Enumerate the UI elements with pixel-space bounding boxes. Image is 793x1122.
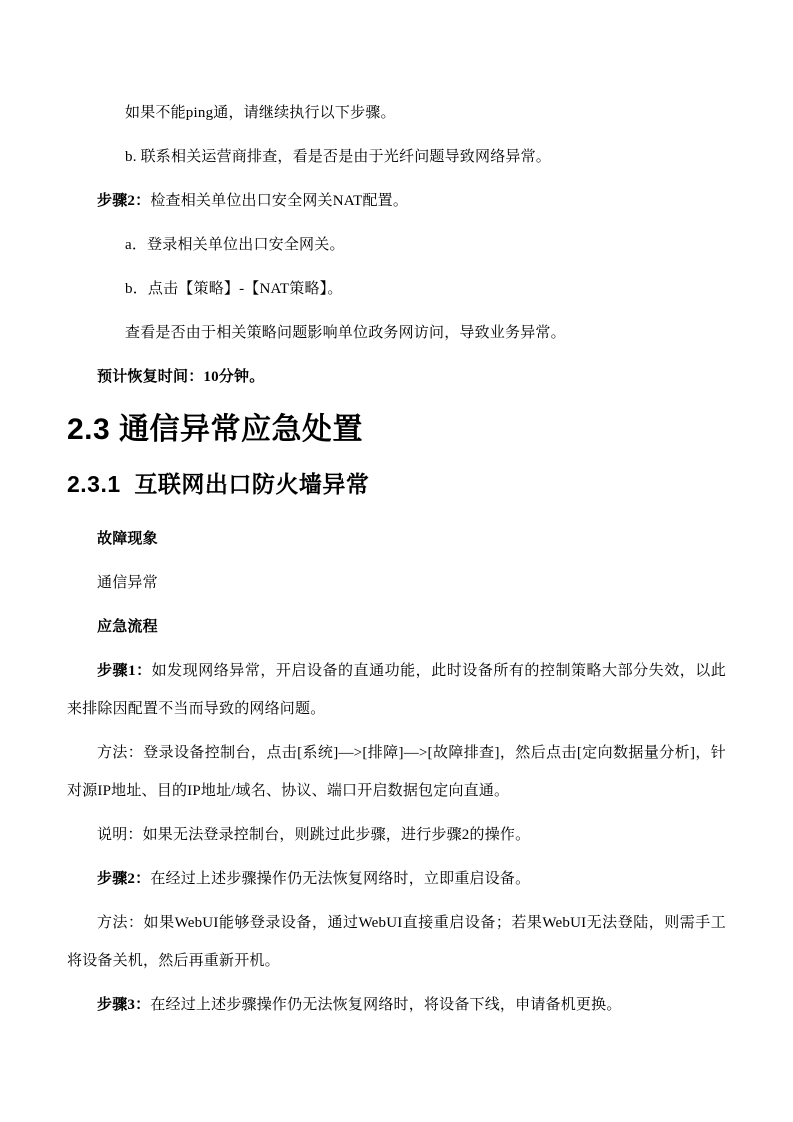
para-item-a-login: a．登录相关单位出口安全网关。 <box>67 226 726 264</box>
para-ping-fail: 如果不能ping通，请继续执行以下步骤。 <box>67 94 726 132</box>
text-run: 通信异常 <box>97 575 158 591</box>
para-fault-label: 故障现象 <box>67 520 726 558</box>
text-run: 说明：如果无法登录控制台，则跳过此步骤，进行步骤2的操作。 <box>97 827 530 843</box>
text-run: 如发现网络异常，开启设备的直通功能，此时设备所有的控制策略大部分失效，以此来排除… <box>67 663 726 717</box>
text-run: 预计恢复时间：10分钟。 <box>97 369 264 385</box>
para-step1: 步骤1：如发现网络异常，开启设备的直通功能，此时设备所有的控制策略大部分失效，以… <box>67 652 726 728</box>
text-run: 步骤1： <box>97 663 152 679</box>
para-step2-nat: 步骤2：检查相关单位出口安全网关NAT配置。 <box>67 182 726 220</box>
text-run: a．登录相关单位出口安全网关。 <box>125 237 345 253</box>
heading-2-3-1: 2.3.1 互联网出口防火墙异常 <box>67 468 726 500</box>
text-run: 方法：如果WebUI能够登录设备，通过WebUI直接重启设备；若果WebUI无法… <box>67 915 726 969</box>
text-run: 如果不能ping通，请继续执行以下步骤。 <box>125 105 396 121</box>
text-run: 应急流程 <box>97 619 158 635</box>
text-run: 步骤2： <box>97 193 150 209</box>
para-step1-note: 说明：如果无法登录控制台，则跳过此步骤，进行步骤2的操作。 <box>67 816 726 854</box>
text-run: 2.3.1 互联网出口防火墙异常 <box>67 471 369 497</box>
para-item-b-carrier: b. 联系相关运营商排查，看是否是由于光纤问题导致网络异常。 <box>67 138 726 176</box>
text-run: 方法：登录设备控制台，点击[系统]—>[排障]—>[故障排查]，然后点击[定向数… <box>67 745 726 799</box>
para-step1-method: 方法：登录设备控制台，点击[系统]—>[排障]—>[故障排查]，然后点击[定向数… <box>67 734 726 810</box>
text-run: 步骤3： <box>97 997 150 1013</box>
text-run: 故障现象 <box>97 531 158 547</box>
text-run: 在经过上述步骤操作仍无法恢复网络时，立即重启设备。 <box>150 871 530 887</box>
document-content: 如果不能ping通，请继续执行以下步骤。b. 联系相关运营商排查，看是否是由于光… <box>67 94 726 1030</box>
para-step2-method: 方法：如果WebUI能够登录设备，通过WebUI直接重启设备；若果WebUI无法… <box>67 904 726 980</box>
text-run: 在经过上述步骤操作仍无法恢复网络时，将设备下线，申请备机更换。 <box>150 997 621 1013</box>
para-step3: 步骤3：在经过上述步骤操作仍无法恢复网络时，将设备下线，申请备机更换。 <box>67 986 726 1024</box>
text-run: 查看是否由于相关策略问题影响单位政务网访问，导致业务异常。 <box>125 325 566 341</box>
text-run: 2.3 通信异常应急处置 <box>67 413 363 446</box>
document-page: 如果不能ping通，请继续执行以下步骤。b. 联系相关运营商排查，看是否是由于光… <box>0 0 793 1122</box>
text-run: 检查相关单位出口安全网关NAT配置。 <box>150 193 408 209</box>
text-run: b. 联系相关运营商排查，看是否是由于光纤问题导致网络异常。 <box>125 149 551 165</box>
para-step2-restart: 步骤2：在经过上述步骤操作仍无法恢复网络时，立即重启设备。 <box>67 860 726 898</box>
para-fault-desc: 通信异常 <box>67 564 726 602</box>
heading-2-3: 2.3 通信异常应急处置 <box>67 410 726 450</box>
text-run: b．点击【策略】-【NAT策略】。 <box>125 281 343 297</box>
para-check-policy: 查看是否由于相关策略问题影响单位政务网访问，导致业务异常。 <box>67 314 726 352</box>
text-run: 步骤2： <box>97 871 150 887</box>
para-recovery-time: 预计恢复时间：10分钟。 <box>67 358 726 396</box>
para-process-label: 应急流程 <box>67 608 726 646</box>
para-item-b-policy: b．点击【策略】-【NAT策略】。 <box>67 270 726 308</box>
